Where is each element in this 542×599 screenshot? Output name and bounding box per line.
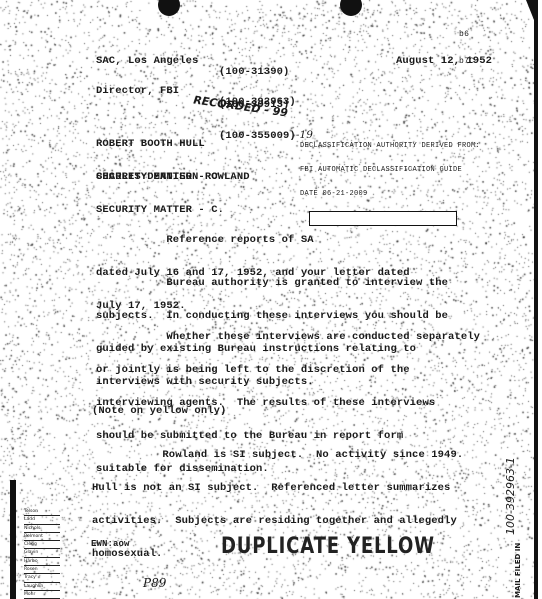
file-number: (100-355009) [219, 130, 296, 142]
page-margin-right [538, 0, 542, 599]
exemption-b6: b6 [459, 30, 474, 39]
text-line: activities. Subjects are residing togeth… [92, 516, 463, 527]
declassification-notice: DECLASSIFICATION AUTHORITY DERIVED FROM:… [300, 126, 480, 206]
text-line: Rowland is SI subject. No activity since… [92, 450, 463, 461]
declass-line: DECLASSIFICATION AUTHORITY DERIVED FROM: [300, 142, 480, 150]
routing-slip-entry: Mohr [24, 591, 60, 599]
text-line: Hull is not an SI subject. Referenced le… [92, 483, 463, 494]
redaction-box [309, 211, 457, 226]
punch-hole [158, 0, 180, 16]
routing-slip-entry: Laughlin [24, 583, 60, 591]
handwritten-file-number: 100-392963-1 [504, 457, 517, 535]
routing-slip-entry: Clegg [24, 541, 60, 549]
page-edge-left [10, 480, 16, 599]
to-line: Director, FBI [96, 86, 179, 97]
punch-hole [340, 0, 362, 16]
text-line: Bureau authority is granted to interview… [96, 278, 448, 289]
routing-slip-entry: Belmont [24, 533, 60, 541]
letter-date: August 12, 1952 [396, 56, 492, 67]
routing-slip-entry: Nichols [24, 525, 60, 533]
duplicate-yellow-stamp: DUPLICATE YELLOW [221, 534, 435, 559]
routing-slip-entry: Glavin [24, 549, 60, 557]
routing-slip-entry: Tolson [24, 508, 60, 516]
routing-slip-entry: Harbo [24, 558, 60, 566]
routing-slip-entry: Ladd [24, 516, 60, 524]
routing-slip-entry: Tracy [24, 574, 60, 582]
note-heading: (Note on yellow only) [92, 406, 226, 417]
typist-initials: EWN:aow [91, 539, 130, 550]
subject-name: ROBERT BOOTH HULL [96, 139, 218, 150]
text-line: Reference reports of SA [96, 235, 410, 246]
text-line: or jointly is being left to the discreti… [96, 365, 480, 376]
declass-line: FBI AUTOMATIC DECLASSIFICATION GUIDE [300, 166, 480, 174]
routing-slip-entry: Rosen [24, 566, 60, 574]
from-line: SAC, Los Angeles [96, 56, 198, 67]
declass-line: DATE 06-21-2009 [300, 190, 480, 198]
handwritten-page-mark: P89 [143, 576, 166, 590]
subject-name: CHARLES DENNISON ROWLAND [96, 172, 250, 183]
text-line: Whether these interviews are conducted s… [96, 332, 480, 343]
mail-filed-stamp: MAIL FILED IN [514, 543, 522, 598]
routing-slip: TolsonLaddNicholsBelmontCleggGlavinHarbo… [24, 508, 64, 599]
